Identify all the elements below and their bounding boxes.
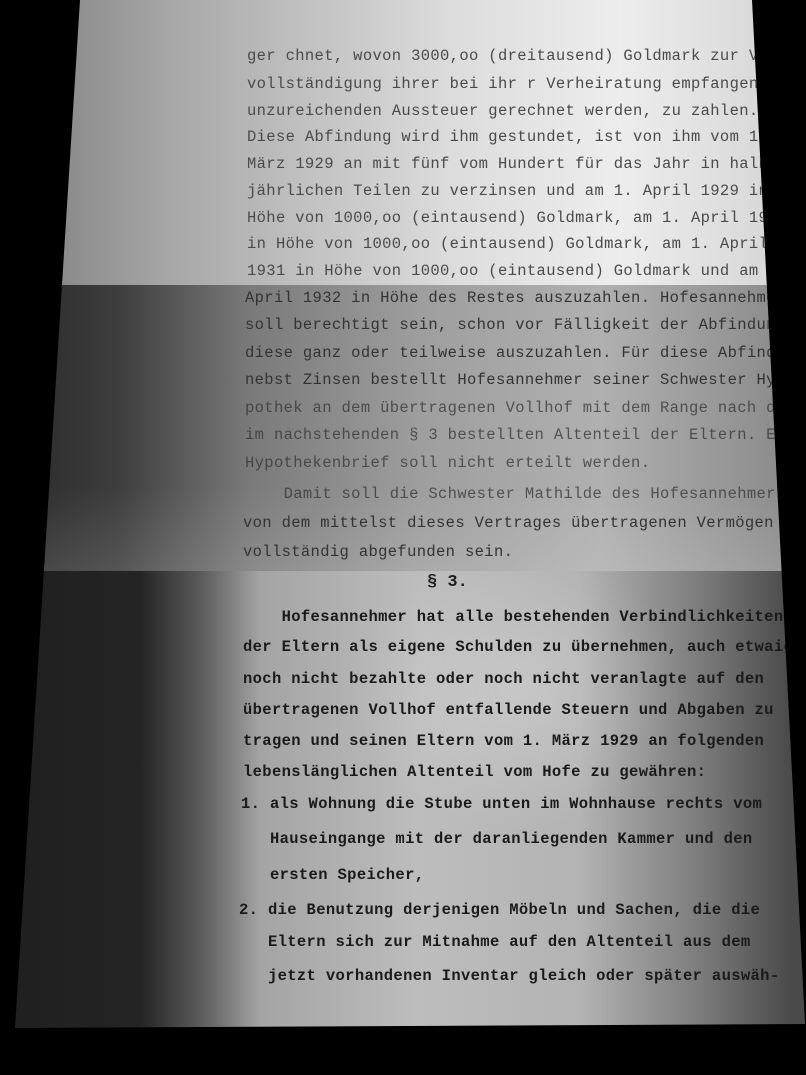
text-line: in Höhe von 1000,oo (eintausend) Goldmar…: [247, 237, 768, 253]
text-line: pothek an dem übertragenen Vollhof mit d…: [245, 401, 795, 417]
text-line: vollständigung ihrer bei ihr r Verheirat…: [247, 77, 778, 93]
text-line: Höhe von 1000,oo (eintausend) Goldmark, …: [247, 211, 787, 227]
text-line: noch nicht bezahlte oder noch nicht vera…: [243, 672, 764, 688]
text-line: März 1929 an mit fünf vom Hundert für da…: [247, 157, 778, 173]
text-line: 1931 in Höhe von 1000,oo (eintausend) Go…: [247, 264, 787, 280]
text-line: Damit soll die Schwester Mathilde des Ho…: [245, 487, 785, 503]
text-line: vollständig abgefunden sein.: [243, 545, 513, 561]
text-line: ger chnet, wovon 3000,oo (dreitausend) G…: [247, 49, 787, 65]
text-line: tragen und seinen Eltern vom 1. März 192…: [243, 734, 764, 750]
text-line: von dem mittelst dieses Vertrages übertr…: [243, 516, 774, 532]
list-item: Eltern sich zur Mitnahme auf den Altente…: [239, 935, 751, 951]
list-item: ersten Speicher,: [241, 868, 424, 884]
text-line: übertragenen Vollhof entfallende Steuern…: [243, 703, 774, 719]
text-line: Hofesannehmer hat alle bestehenden Verbi…: [243, 610, 783, 626]
text-line: soll berechtigt sein, schon vor Fälligke…: [245, 318, 785, 334]
text-line: April 1932 in Höhe des Restes auszuzahle…: [245, 291, 785, 307]
text-line: der Eltern als eigene Schulden zu überne…: [243, 640, 803, 656]
text-line: unzureichenden Aussteuer gerechnet werde…: [247, 104, 759, 120]
list-item: 2. die Benutzung derjenigen Möbeln und S…: [239, 903, 760, 919]
list-item: 1. als Wohnung die Stube unten im Wohnha…: [241, 797, 762, 813]
text-line: nebst Zinsen bestellt Hofesannehmer sein…: [245, 373, 785, 389]
text-line: Diese Abfindung wird ihm gestundet, ist …: [247, 130, 768, 146]
text-line: Hypothekenbrief soll nicht erteilt werde…: [245, 456, 650, 472]
text-line: im nachstehenden § 3 bestellten Altentei…: [245, 428, 795, 444]
text-line: diese ganz oder teilweise auszuzahlen. F…: [245, 346, 805, 362]
typewritten-text: ger chnet, wovon 3000,oo (dreitausend) G…: [0, 0, 806, 1075]
text-line: jährlichen Teilen zu verzinsen und am 1.…: [247, 184, 768, 200]
list-item: jetzt vorhandenen Inventar gleich oder s…: [239, 969, 779, 985]
photographed-document-page: ger chnet, wovon 3000,oo (dreitausend) G…: [0, 0, 806, 1075]
section-heading: § 3.: [427, 573, 468, 592]
list-item: Hauseingange mit der daranliegenden Kamm…: [241, 832, 753, 848]
text-line: lebenslänglichen Altenteil vom Hofe zu g…: [243, 765, 706, 781]
